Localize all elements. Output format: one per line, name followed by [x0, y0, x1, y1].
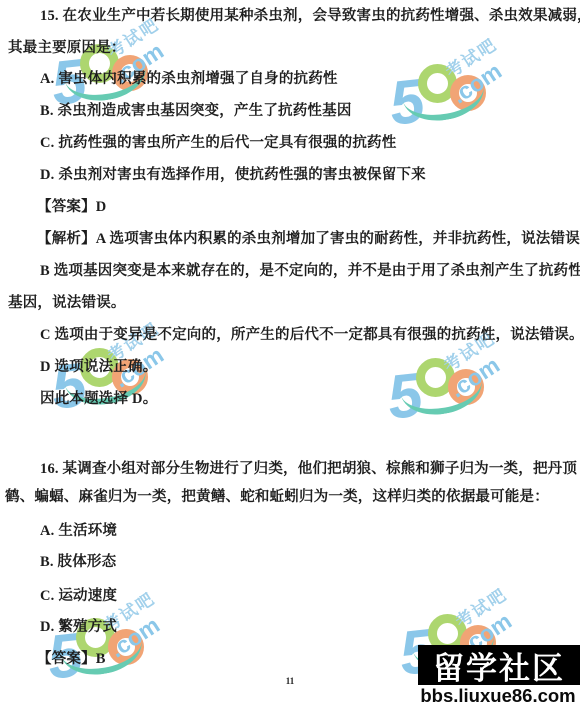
text-line: A. 生活环境 — [40, 523, 117, 540]
text-line: 因此本题选择 D。 — [40, 391, 157, 408]
text-line: A. 害虫体内积累的杀虫剂增强了自身的抗药性 — [40, 71, 338, 88]
text-line: C 选项由于变异是不定向的，所产生的后代不一定都具有很强的抗药性，说法错误。 — [40, 327, 580, 344]
text-line: D. 杀虫剂对害虫有选择作用，使抗药性强的害虫被保留下来 — [40, 167, 426, 184]
liuxue-community-url: bbs.liuxue86.com — [416, 685, 580, 707]
text-line: D. 繁殖方式 — [40, 619, 117, 636]
text-line: C. 运动速度 — [40, 588, 117, 605]
text-line: 【答案】D — [37, 199, 106, 216]
text-line: 其最主要原因是： — [8, 40, 126, 57]
text-line: 【解析】A 选项害虫体内积累的杀虫剂增加了害虫的耐药性，并非抗药性，说法错误。 — [37, 231, 580, 248]
text-line: 15. 在农业生产中若长期使用某种杀虫剂，会导致害虫的抗药性增强、杀虫效果减弱， — [40, 8, 580, 25]
text-line: B 选项基因突变是本来就存在的，是不定向的，并不是由于用了杀虫剂产生了抗药性 — [40, 263, 580, 280]
text-line: 鹤、蝙蝠、麻雀归为一类，把黄鳝、蛇和蚯蚓归为一类，这样归类的依据最可能是： — [5, 489, 549, 506]
document-page: 5 .com 考试吧 5 .com 考试吧 5 .com 考试吧 5 .com … — [0, 0, 580, 707]
text-line: 【答案】B — [37, 651, 106, 668]
text-line: B. 杀虫剂造成害虫基因突变，产生了抗药性基因 — [40, 103, 352, 120]
text-line: D 选项说法正确。 — [40, 359, 157, 376]
text-line: 16. 某调查小组对部分生物进行了归类，他们把胡狼、棕熊和狮子归为一类，把丹顶 — [40, 461, 577, 478]
liuxue-community-logo: 留学社区 — [418, 645, 580, 685]
document-text-layer: 15. 在农业生产中若长期使用某种杀虫剂，会导致害虫的抗药性增强、杀虫效果减弱，… — [0, 0, 580, 707]
text-line: 基因，说法错误。 — [8, 295, 126, 312]
text-line: C. 抗药性强的害虫所产生的后代一定具有很强的抗药性 — [40, 135, 396, 152]
text-line: B. 肢体形态 — [40, 554, 116, 571]
